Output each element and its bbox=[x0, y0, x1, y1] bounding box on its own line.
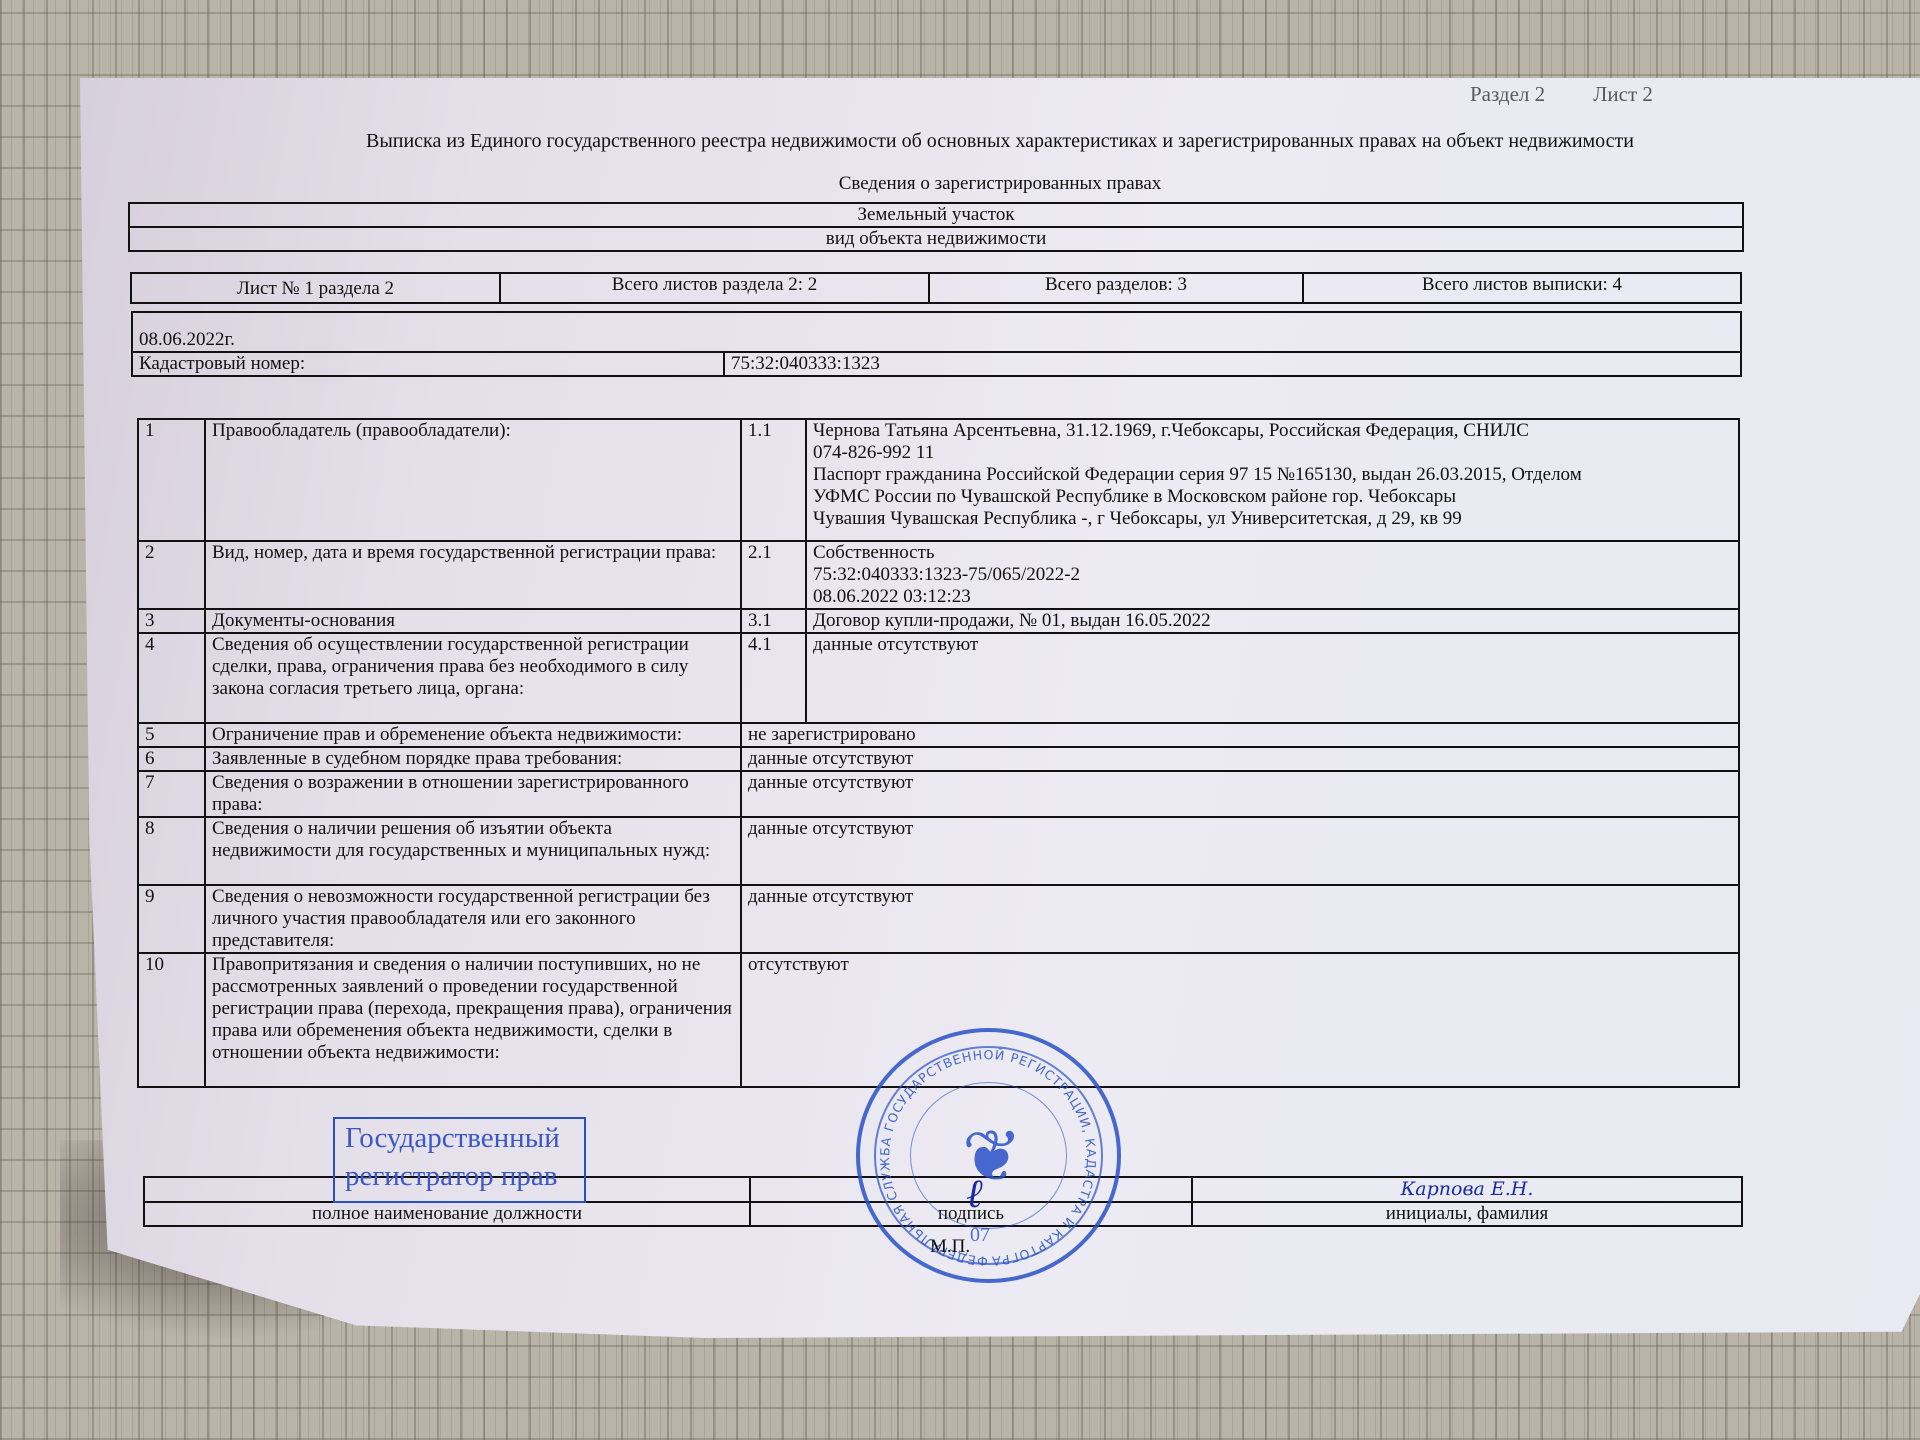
total-sections: Всего разделов: 3 bbox=[929, 273, 1303, 303]
position-caption: полное наименование должности bbox=[144, 1202, 750, 1226]
cadastral-label: Кадастровый номер: bbox=[132, 352, 724, 376]
name-cell: Карпова Е.Н. bbox=[1192, 1177, 1742, 1202]
registration-number: 75:32:040333:1323-75/065/2022-2 bbox=[813, 564, 1732, 586]
eagle-emblem-icon: ❦ bbox=[952, 1102, 1032, 1212]
official-seal: ФЕДЕРАЛЬНАЯ СЛУЖБА ГОСУДАРСТВЕННОЙ РЕГИС… bbox=[856, 1028, 1121, 1283]
owner-line: Чернова Татьяна Арсентьевна, 31.12.1969,… bbox=[813, 420, 1732, 442]
row-label: Правопритязания и сведения о наличии пос… bbox=[205, 953, 741, 1087]
row-number: 9 bbox=[138, 885, 205, 953]
row-value: не зарегистрировано bbox=[741, 723, 1739, 747]
total-sheets-section: Всего листов раздела 2: 2 bbox=[500, 273, 929, 303]
section-label: Раздел 2 bbox=[1470, 82, 1545, 106]
row-number: 2 bbox=[138, 541, 205, 609]
table-row: 3 Документы-основания 3.1 Договор купли-… bbox=[138, 609, 1739, 633]
cadastral-number: 75:32:040333:1323 bbox=[724, 352, 1741, 376]
table-row: 4 Сведения об осуществлении государствен… bbox=[138, 633, 1739, 723]
name-caption: инициалы, фамилия bbox=[1192, 1202, 1742, 1226]
table-row: 6 Заявленные в судебном порядке права тр… bbox=[138, 747, 1739, 771]
seal-number: 07 bbox=[970, 1224, 990, 1247]
cadastral-table: 08.06.2022г. Кадастровый номер: 75:32:04… bbox=[131, 311, 1742, 377]
table-row: 9 Сведения о невозможности государственн… bbox=[138, 885, 1739, 953]
handwritten-name: Карпова Е.Н. bbox=[1401, 1178, 1534, 1200]
row-label: Вид, номер, дата и время государственной… bbox=[205, 541, 741, 609]
row-label: Сведения о возражении в отношении зареги… bbox=[205, 771, 741, 817]
row-subnumber: 4.1 bbox=[741, 633, 806, 723]
row-value: данные отсутствуют bbox=[741, 817, 1739, 885]
row-number: 7 bbox=[138, 771, 205, 817]
row-subnumber: 1.1 bbox=[741, 419, 806, 541]
row-number: 1 bbox=[138, 419, 205, 541]
sheet-label: Лист 2 bbox=[1593, 82, 1653, 106]
row-number: 4 bbox=[138, 633, 205, 723]
row-label: Сведения о невозможности государственной… bbox=[205, 885, 741, 953]
row-value: данные отсутствуют bbox=[741, 747, 1739, 771]
object-type-table: Земельный участок вид объекта недвижимос… bbox=[128, 202, 1744, 252]
passport-line: Паспорт гражданина Российской Федерации … bbox=[813, 464, 1732, 486]
page-marker: Раздел 2Лист 2 bbox=[1470, 82, 1701, 107]
row-label: Сведения об осуществлении государственно… bbox=[205, 633, 741, 723]
row-label: Правообладатель (правообладатели): bbox=[205, 419, 741, 541]
row-number: 10 bbox=[138, 953, 205, 1087]
right-type: Собственность bbox=[813, 542, 1732, 564]
passport-issuer-line: УФМС России по Чувашской Республике в Мо… bbox=[813, 486, 1732, 508]
row-value: данные отсутствуют bbox=[741, 771, 1739, 817]
table-row: 7 Сведения о возражении в отношении заре… bbox=[138, 771, 1739, 817]
object-type-caption: вид объекта недвижимости bbox=[129, 227, 1743, 251]
row-label: Сведения о наличии решения об изъятии об… bbox=[205, 817, 741, 885]
document-title: Выписка из Единого государственного реес… bbox=[80, 130, 1920, 153]
extract-date: 08.06.2022г. bbox=[132, 312, 1741, 352]
registration-datetime: 08.06.2022 03:12:23 bbox=[813, 586, 1732, 608]
row-number: 6 bbox=[138, 747, 205, 771]
registrar-stamp: Государственный регистратор прав bbox=[333, 1117, 586, 1203]
table-row: 8 Сведения о наличии решения об изъятии … bbox=[138, 817, 1739, 885]
row-label: Ограничение прав и обременение объекта н… bbox=[205, 723, 741, 747]
sheet-number: Лист № 1 раздела 2 bbox=[131, 273, 500, 303]
address-line: Чувашия Чувашская Республика -, г Чебокс… bbox=[813, 508, 1732, 530]
row-label: Документы-основания bbox=[205, 609, 741, 633]
row-value: Собственность 75:32:040333:1323-75/065/2… bbox=[806, 541, 1739, 609]
row-number: 8 bbox=[138, 817, 205, 885]
row-value: данные отсутствуют bbox=[741, 885, 1739, 953]
table-row: 2 Вид, номер, дата и время государственн… bbox=[138, 541, 1739, 609]
row-number: 3 bbox=[138, 609, 205, 633]
row-subnumber: 3.1 bbox=[741, 609, 806, 633]
row-label: Заявленные в судебном порядке права треб… bbox=[205, 747, 741, 771]
sheet-info-table: Лист № 1 раздела 2 Всего листов раздела … bbox=[130, 272, 1742, 304]
row-subnumber: 2.1 bbox=[741, 541, 806, 609]
row-number: 5 bbox=[138, 723, 205, 747]
table-row: 1 Правообладатель (правообладатели): 1.1… bbox=[138, 419, 1739, 541]
document-subtitle: Сведения о зарегистрированных правах bbox=[80, 173, 1920, 195]
signature-scribble-icon: ℓ bbox=[966, 1170, 983, 1217]
object-type-value: Земельный участок bbox=[129, 203, 1743, 227]
row-value: Договор купли-продажи, № 01, выдан 16.05… bbox=[806, 609, 1739, 633]
total-sheets-extract: Всего листов выписки: 4 bbox=[1303, 273, 1741, 303]
table-row: 5 Ограничение прав и обременение объекта… bbox=[138, 723, 1739, 747]
seal-placement-label: М.П. bbox=[930, 1236, 970, 1258]
snils-line: 074-826-992 11 bbox=[813, 442, 1732, 464]
rights-table: 1 Правообладатель (правообладатели): 1.1… bbox=[137, 418, 1740, 1088]
row-value: Чернова Татьяна Арсентьевна, 31.12.1969,… bbox=[806, 419, 1739, 541]
row-value: данные отсутствуют bbox=[806, 633, 1739, 723]
